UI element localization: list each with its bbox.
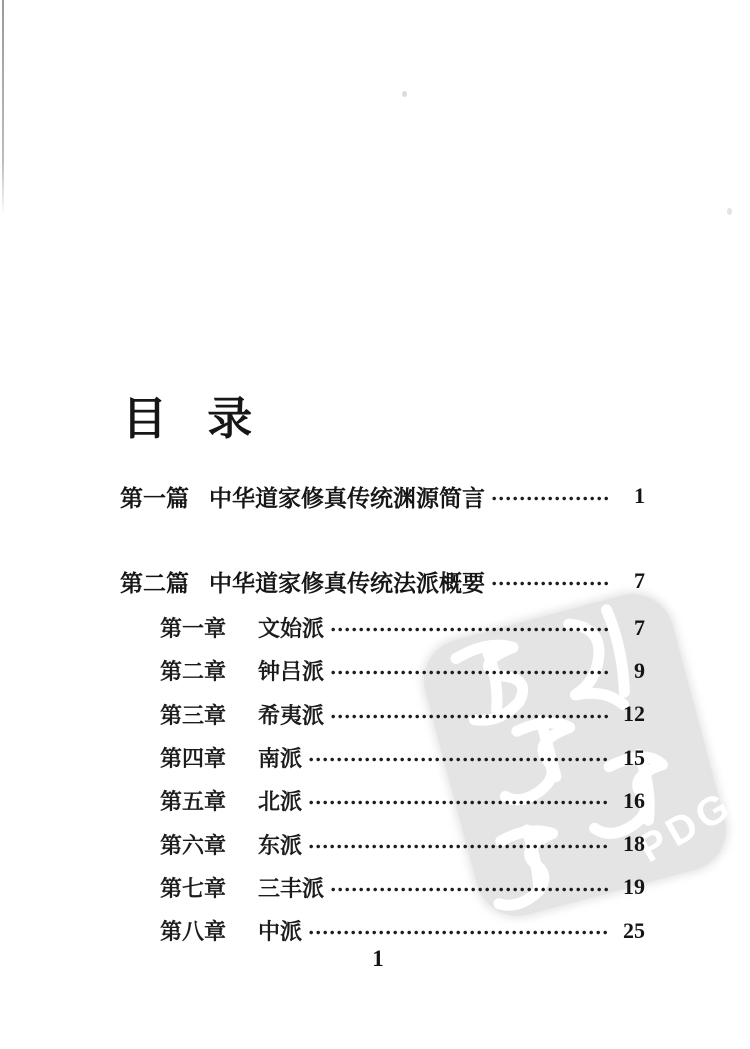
toc-chapter-title: 文始派	[258, 612, 324, 643]
scanned-document-page: PDG 目 录 第一篇 中华道家修真传统渊源简言 1 第二篇 中华道家修真传统法…	[0, 0, 750, 1049]
toc-section-row: 第一篇 中华道家修真传统渊源简言 1	[120, 480, 645, 512]
toc-chapter-label: 第七章	[160, 872, 248, 903]
toc-section-label: 第二篇	[120, 565, 189, 598]
dot-leader	[331, 887, 608, 892]
dot-leader	[309, 800, 608, 805]
toc-chapter-label: 第四章	[160, 742, 248, 773]
toc-chapter-row: 第一章 文始派 7	[160, 606, 645, 649]
dot-leader	[331, 627, 608, 632]
toc-chapter-label: 第二章	[160, 655, 248, 686]
dot-leader	[309, 757, 608, 762]
toc-section-title: 中华道家修真传统渊源简言	[209, 480, 485, 513]
toc-chapter-title: 三丰派	[258, 872, 324, 903]
toc-chapter-title: 钟吕派	[258, 655, 324, 686]
toc-chapter-label: 第五章	[160, 785, 248, 816]
toc-chapter-label: 第六章	[160, 829, 248, 860]
dot-leader	[331, 670, 608, 675]
toc-section-title: 中华道家修真传统法派概要	[209, 565, 485, 598]
toc-page-number: 19	[613, 874, 645, 900]
toc-page-number: 12	[613, 701, 645, 727]
toc-chapter-title: 中派	[258, 915, 302, 946]
toc-chapter-row: 第六章 东派 18	[160, 822, 645, 865]
toc-section-row: 第二篇 中华道家修真传统法派概要 7	[120, 565, 645, 597]
toc-chapter-row: 第五章 北派 16	[160, 779, 645, 822]
toc-chapter-title: 东派	[258, 829, 302, 860]
toc-chapter-row: 第七章 三丰派 19	[160, 866, 645, 909]
toc-page-number: 9	[613, 658, 645, 684]
dot-leader	[309, 930, 608, 935]
toc-page-number: 1	[613, 483, 645, 509]
toc-page-number: 7	[613, 568, 645, 594]
dot-leader	[331, 714, 608, 719]
toc-page-number: 7	[613, 615, 645, 641]
toc-page-number: 25	[613, 918, 645, 944]
footer-page-number: 1	[0, 946, 750, 972]
toc-chapter-row: 第三章 希夷派 12	[160, 693, 645, 736]
page-title: 目 录	[122, 382, 253, 447]
toc-page-number: 15	[613, 745, 645, 771]
toc-chapter-row: 第四章 南派 15	[160, 736, 645, 779]
page-content: 目 录 第一篇 中华道家修真传统渊源简言 1 第二篇 中华道家修真传统法派概要 …	[0, 0, 750, 1049]
toc-chapter-title: 北派	[258, 785, 302, 816]
toc-chapter-label: 第一章	[160, 612, 248, 643]
toc-page-number: 16	[613, 788, 645, 814]
toc-section-label: 第一篇	[120, 480, 189, 513]
dot-leader	[492, 496, 608, 501]
dot-leader	[309, 844, 608, 849]
toc-chapter-title: 南派	[258, 742, 302, 773]
toc-chapter-row: 第二章 钟吕派 9	[160, 649, 645, 692]
dot-leader	[492, 581, 608, 586]
toc-chapter-list: 第一章 文始派 7 第二章 钟吕派 9 第三章 希夷派 12 第四章 南派	[160, 606, 645, 952]
toc-chapter-label: 第三章	[160, 699, 248, 730]
toc-chapter-title: 希夷派	[258, 699, 324, 730]
toc-page-number: 18	[613, 831, 645, 857]
toc-chapter-label: 第八章	[160, 915, 248, 946]
